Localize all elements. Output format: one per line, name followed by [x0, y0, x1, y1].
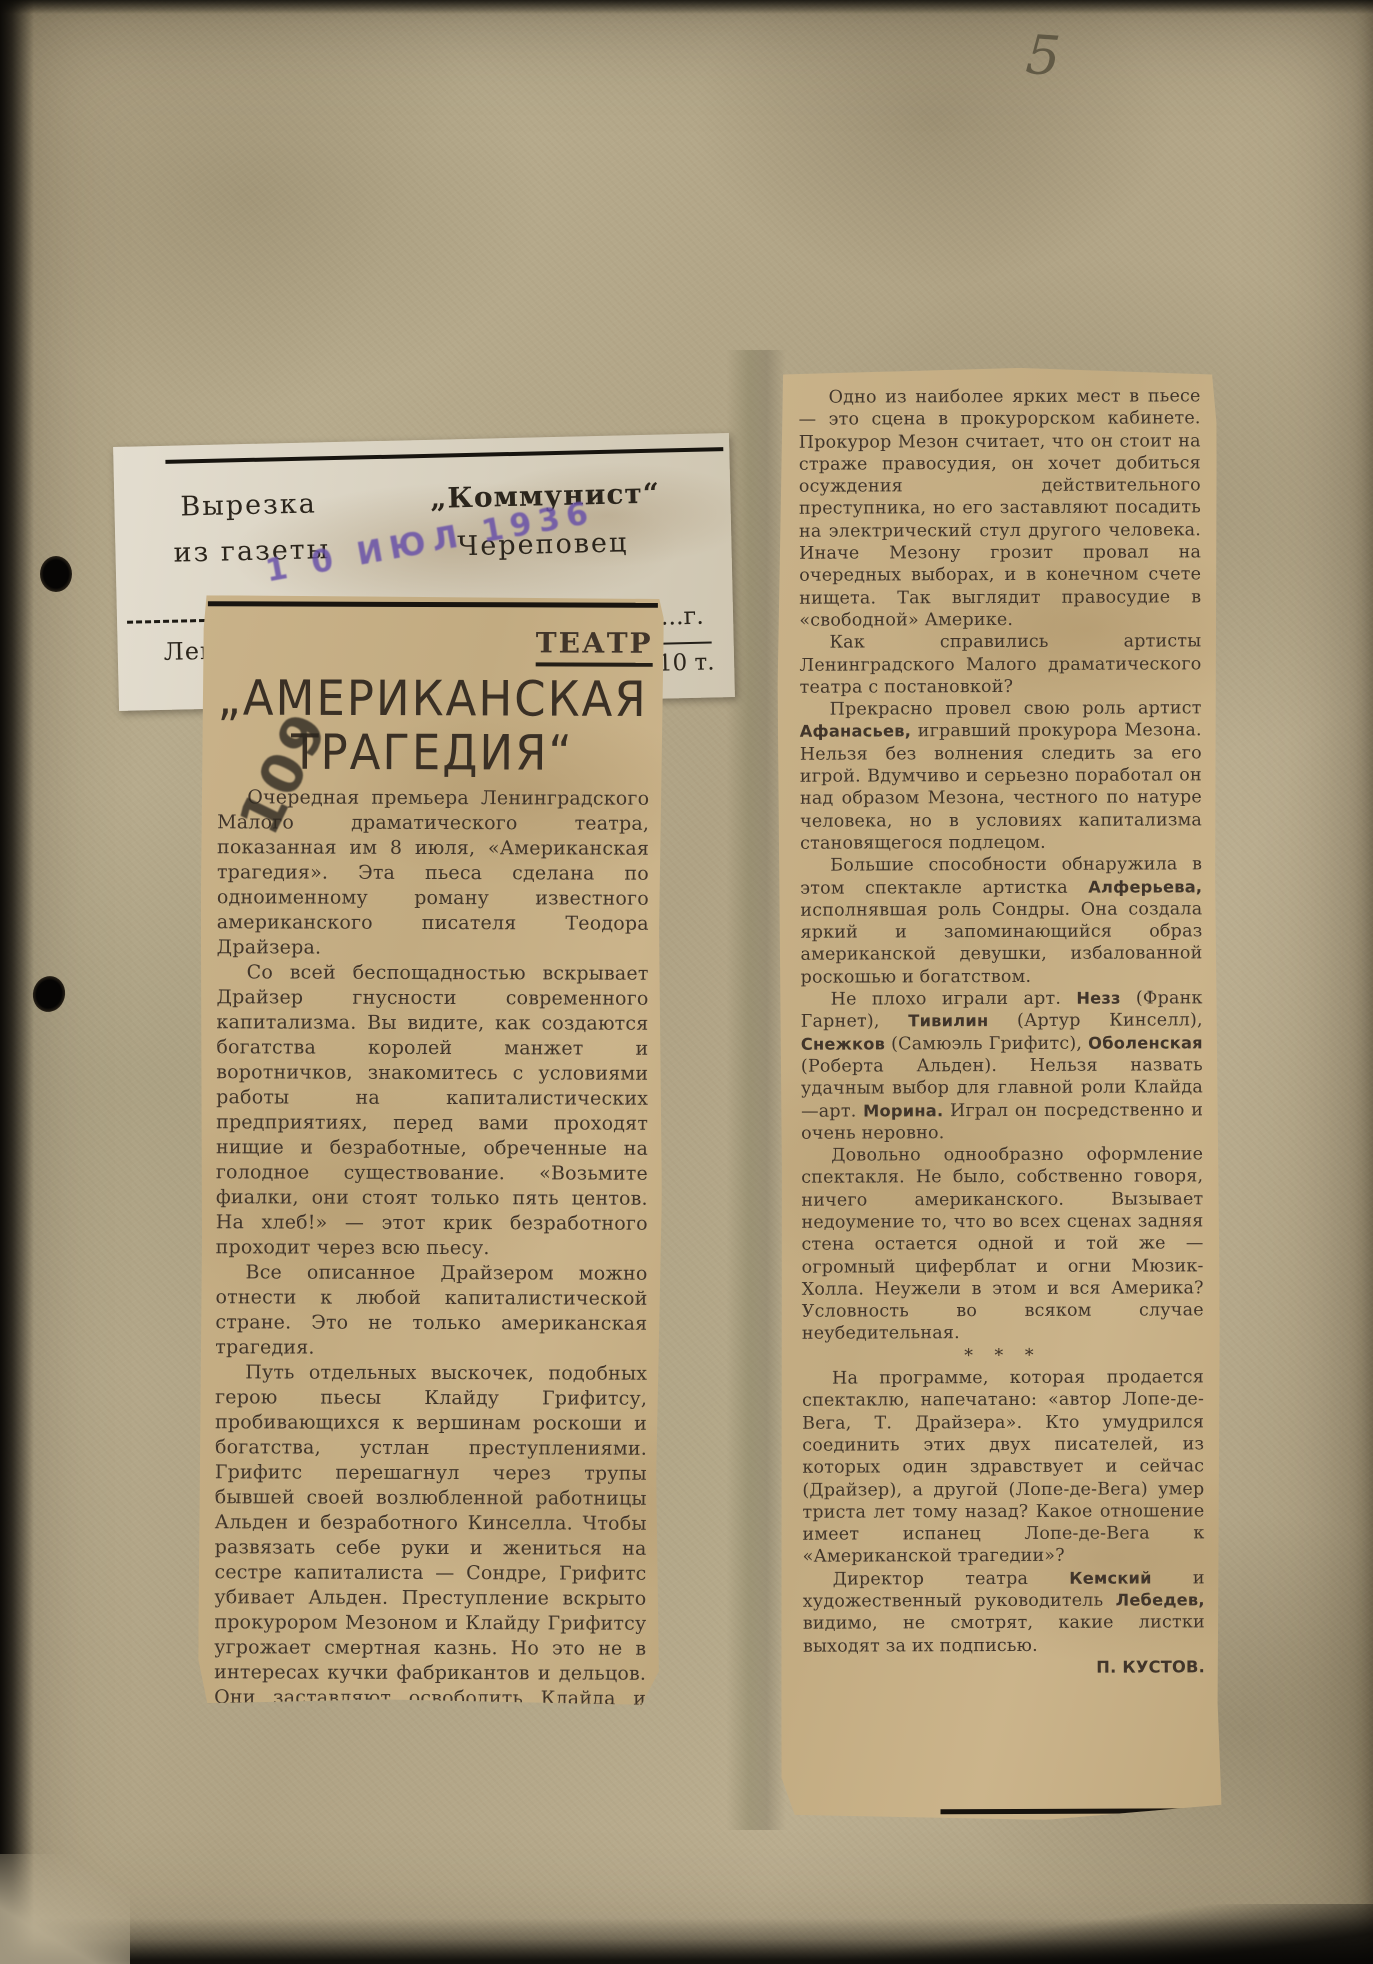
emphasized-name: Тивилин	[908, 1011, 988, 1030]
label-text-vyrezka: Вырезка	[180, 488, 317, 522]
emphasized-name: Снежков	[801, 1034, 885, 1053]
section-rubric: ТЕАТР	[536, 626, 653, 666]
text-run: (Артур Кинселл),	[988, 1011, 1202, 1032]
text-run: Со всей беспощадностью вскрывает Драйзер…	[216, 961, 649, 1259]
text-run: Одно из наиболее ярких мест в пьесе — эт…	[799, 386, 1202, 630]
text-run: Все описанное Драйзером можно отнести к …	[215, 1261, 647, 1358]
text-run: Как справились артисты Ленинградского Ма…	[799, 632, 1201, 698]
article-paragraph: Довольно однообразно оформление спектакл…	[801, 1143, 1204, 1345]
article-paragraph: Большие способности обнаружила в этом сп…	[800, 854, 1202, 989]
clipping-right-column: Одно из наиболее ярких мест в пьесе — эт…	[776, 367, 1221, 1821]
scan-corner-bottom-right	[813, 1904, 1373, 1964]
label-top-rule	[165, 447, 723, 464]
scanned-scrapbook-page: 5 Вырезка из газеты „Коммунист“ Черепове…	[0, 0, 1373, 1964]
page-fold-shadow	[726, 350, 786, 1830]
article-paragraph: Со всей беспощадностью вскрывает Драйзер…	[216, 960, 649, 1262]
text-run: Директор театра	[833, 1568, 1070, 1589]
article-paragraph: Прекрасно провел свою роль артист Афанас…	[800, 697, 1203, 854]
handwritten-page-number: 5	[1024, 23, 1063, 88]
emphasized-name: П. КУСТОВ.	[1096, 1657, 1205, 1676]
text-run: Путь отдельных выскочек, подобных герою …	[214, 1361, 647, 1734]
article-paragraph: Не плохо играли арт. Незз (Франк Гарнет)…	[801, 987, 1204, 1144]
article-title-line1: „АМЕРИКАНСКАЯ	[201, 669, 663, 728]
scan-edge-left	[0, 0, 34, 1964]
emphasized-name: Оболенская	[1088, 1033, 1203, 1052]
text-run: Довольно однообразно оформление спектакл…	[801, 1144, 1204, 1344]
article-body-right: Одно из наиболее ярких мест в пьесе — эт…	[799, 385, 1206, 1680]
article-paragraph: Одно из наиболее ярких мест в пьесе — эт…	[799, 385, 1202, 632]
article-paragraph: На программе, которая продается спектакл…	[802, 1366, 1205, 1568]
text-run: Прекрасно провел свою роль артист	[830, 698, 1202, 719]
text-run: Не плохо играли арт.	[831, 989, 1077, 1010]
text-run: видимо, не смотрят, какие листки выходят…	[803, 1613, 1205, 1657]
emphasized-name: Морина.	[863, 1101, 943, 1120]
scan-edge-top	[0, 0, 1373, 14]
article-body-left: Очередная премьера Ленинградского Малого…	[214, 785, 649, 1762]
article-paragraph: Директор театра Кемский и художественный…	[803, 1567, 1205, 1658]
clipping-top-rule	[208, 601, 658, 608]
emphasized-name: Алферьева,	[1088, 877, 1202, 896]
paper-patch-bottom-left	[0, 1854, 130, 1964]
emphasized-name: Незз	[1076, 989, 1120, 1008]
text-run: На программе, которая продается спектакл…	[802, 1367, 1205, 1567]
article-paragraph: Как справились артисты Ленинградского Ма…	[799, 631, 1201, 699]
emphasized-name: Кемский	[1069, 1568, 1152, 1587]
text-run: * * *	[964, 1346, 1041, 1366]
emphasized-name: Афанасьев,	[800, 722, 911, 741]
punch-hole-top	[40, 556, 72, 592]
article-paragraph: Все описанное Драйзером можно отнести к …	[215, 1260, 647, 1362]
emphasized-name: Лебедев,	[1116, 1590, 1205, 1609]
article-paragraph: * * *	[802, 1344, 1204, 1368]
article-paragraph: П. КУСТОВ.	[803, 1656, 1205, 1680]
text-run: исполнявшая роль Сондры. Она создала ярк…	[800, 899, 1202, 987]
text-run: (Самюэль Грифитс),	[885, 1033, 1088, 1054]
